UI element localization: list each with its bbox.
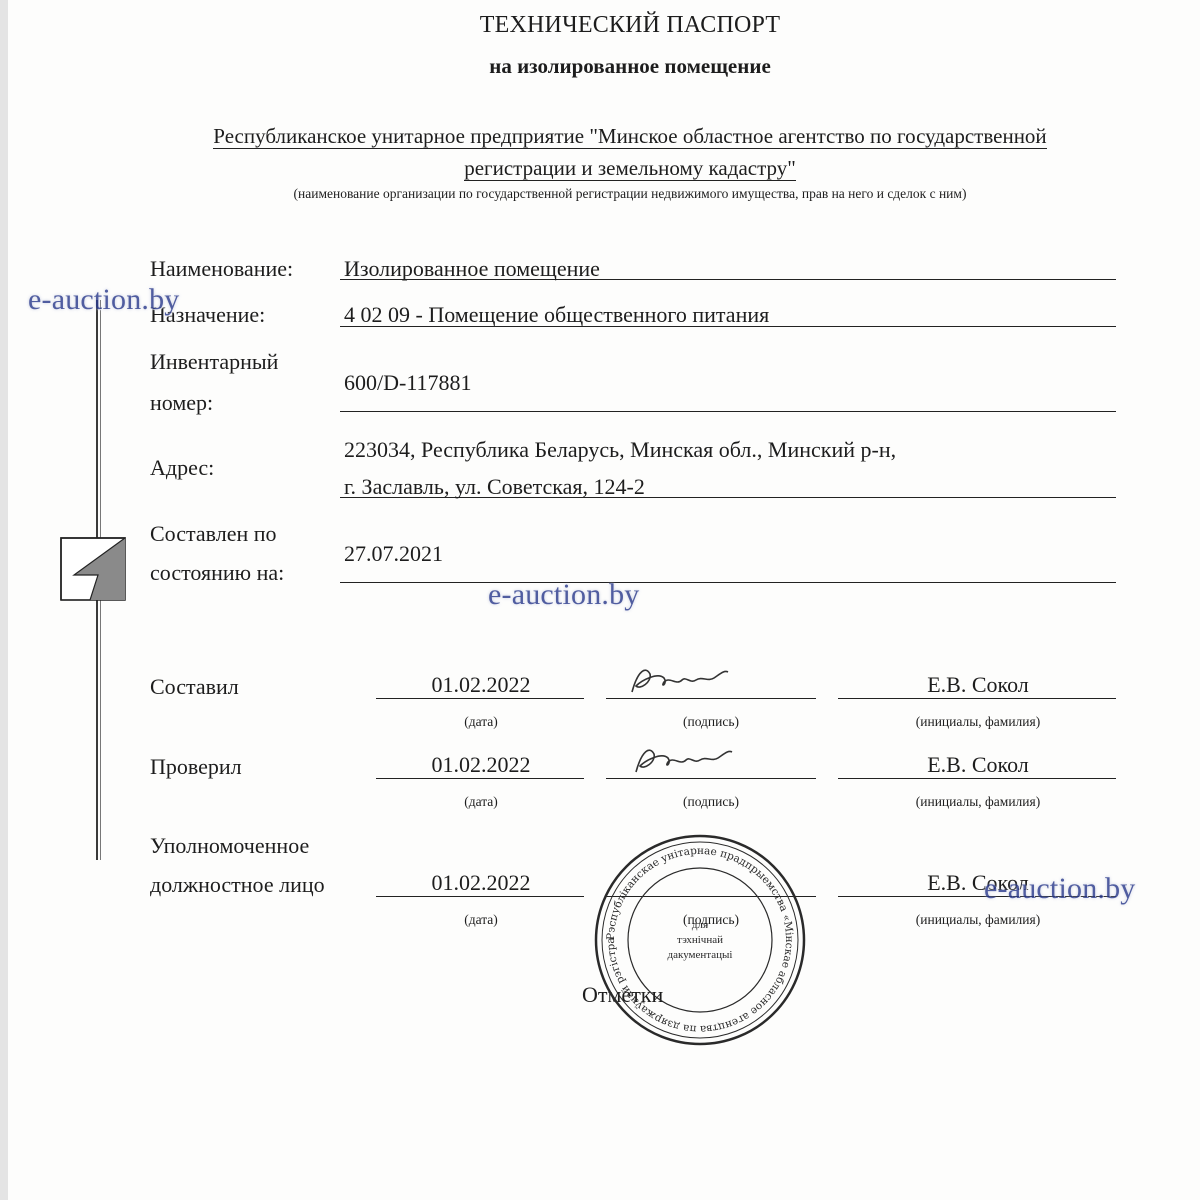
signature-role-3-line-2: должностное лицо — [150, 869, 325, 900]
svg-text:Рэспубліканскае унітарнае прад: Рэспубліканскае унітарнае прадпрыемства … — [590, 830, 795, 1035]
organization-line-2: регистрации и земельному кадастру" — [464, 156, 796, 181]
organization-note: (наименование организации по государстве… — [180, 186, 1080, 202]
name-label: Наименование: — [150, 253, 293, 284]
signature-name-2: Е.В. Сокол — [840, 752, 1116, 778]
scan-left-edge — [0, 0, 8, 1200]
svg-text:для: для — [692, 919, 708, 931]
document-title: ТЕХНИЧЕСКИЙ ПАСПОРТ — [0, 12, 1200, 39]
signature-name-1: Е.В. Сокол — [840, 672, 1116, 698]
purpose-underline — [340, 326, 1116, 327]
signature-role-2: Проверил — [150, 751, 242, 782]
state-date-label-1: Составлен по — [150, 518, 277, 549]
caption-signature-2: (подпись) — [606, 794, 816, 810]
document-subtitle: на изолированное помещение — [0, 54, 1200, 79]
address-label: Адрес: — [150, 452, 214, 483]
caption-signature-1: (подпись) — [606, 714, 816, 730]
handwritten-signature-icon — [624, 660, 734, 700]
state-date-underline — [340, 582, 1116, 583]
signature-date-3: 01.02.2022 — [378, 870, 584, 896]
caption-name-1: (инициалы, фамилия) — [840, 714, 1116, 730]
handwritten-signature-icon — [628, 740, 738, 780]
inventory-value: 600/D-117881 — [344, 367, 472, 398]
signature-line-1 — [606, 698, 816, 699]
caption-date-2: (дата) — [378, 794, 584, 810]
caption-date-3: (дата) — [378, 912, 584, 928]
caption-name-3: (инициалы, фамилия) — [840, 912, 1116, 928]
signature-role-3-line-1: Уполномоченное — [150, 830, 309, 861]
svg-text:дакументацыі: дакументацыі — [668, 949, 733, 961]
state-date-value: 27.07.2021 — [344, 538, 443, 569]
state-date-label-2: состоянию на: — [150, 557, 284, 588]
signature-name-line-2 — [838, 778, 1116, 779]
watermark: e-auction.by — [28, 283, 180, 317]
svg-text:тэхнічнай: тэхнічнай — [677, 934, 723, 946]
address-underline — [340, 497, 1116, 498]
address-value-1: 223034, Республика Беларусь, Минская обл… — [344, 434, 896, 465]
organization-line-1: Республиканское унитарное предприятие "М… — [213, 124, 1046, 149]
inventory-underline — [340, 411, 1116, 412]
official-stamp-icon: Рэспубліканскае унітарнае прадпрыемства … — [590, 830, 810, 1050]
signature-role-1: Составил — [150, 671, 239, 702]
signature-date-line-2 — [376, 778, 584, 779]
caption-date-1: (дата) — [378, 714, 584, 730]
watermark: e-auction.by — [984, 872, 1136, 906]
agency-logo-icon — [60, 537, 126, 601]
signature-date-1: 01.02.2022 — [378, 672, 584, 698]
signature-date-line-1 — [376, 698, 584, 699]
organization-name: Республиканское унитарное предприятие "М… — [180, 120, 1080, 184]
inventory-label-1: Инвентарный — [150, 346, 278, 377]
signature-name-line-1 — [838, 698, 1116, 699]
inventory-label-2: номер: — [150, 387, 213, 418]
name-underline — [340, 279, 1116, 280]
signature-date-2: 01.02.2022 — [378, 752, 584, 778]
watermark: e-auction.by — [488, 578, 640, 612]
signature-line-2 — [606, 778, 816, 779]
signature-date-line-3 — [376, 896, 584, 897]
caption-name-2: (инициалы, фамилия) — [840, 794, 1116, 810]
